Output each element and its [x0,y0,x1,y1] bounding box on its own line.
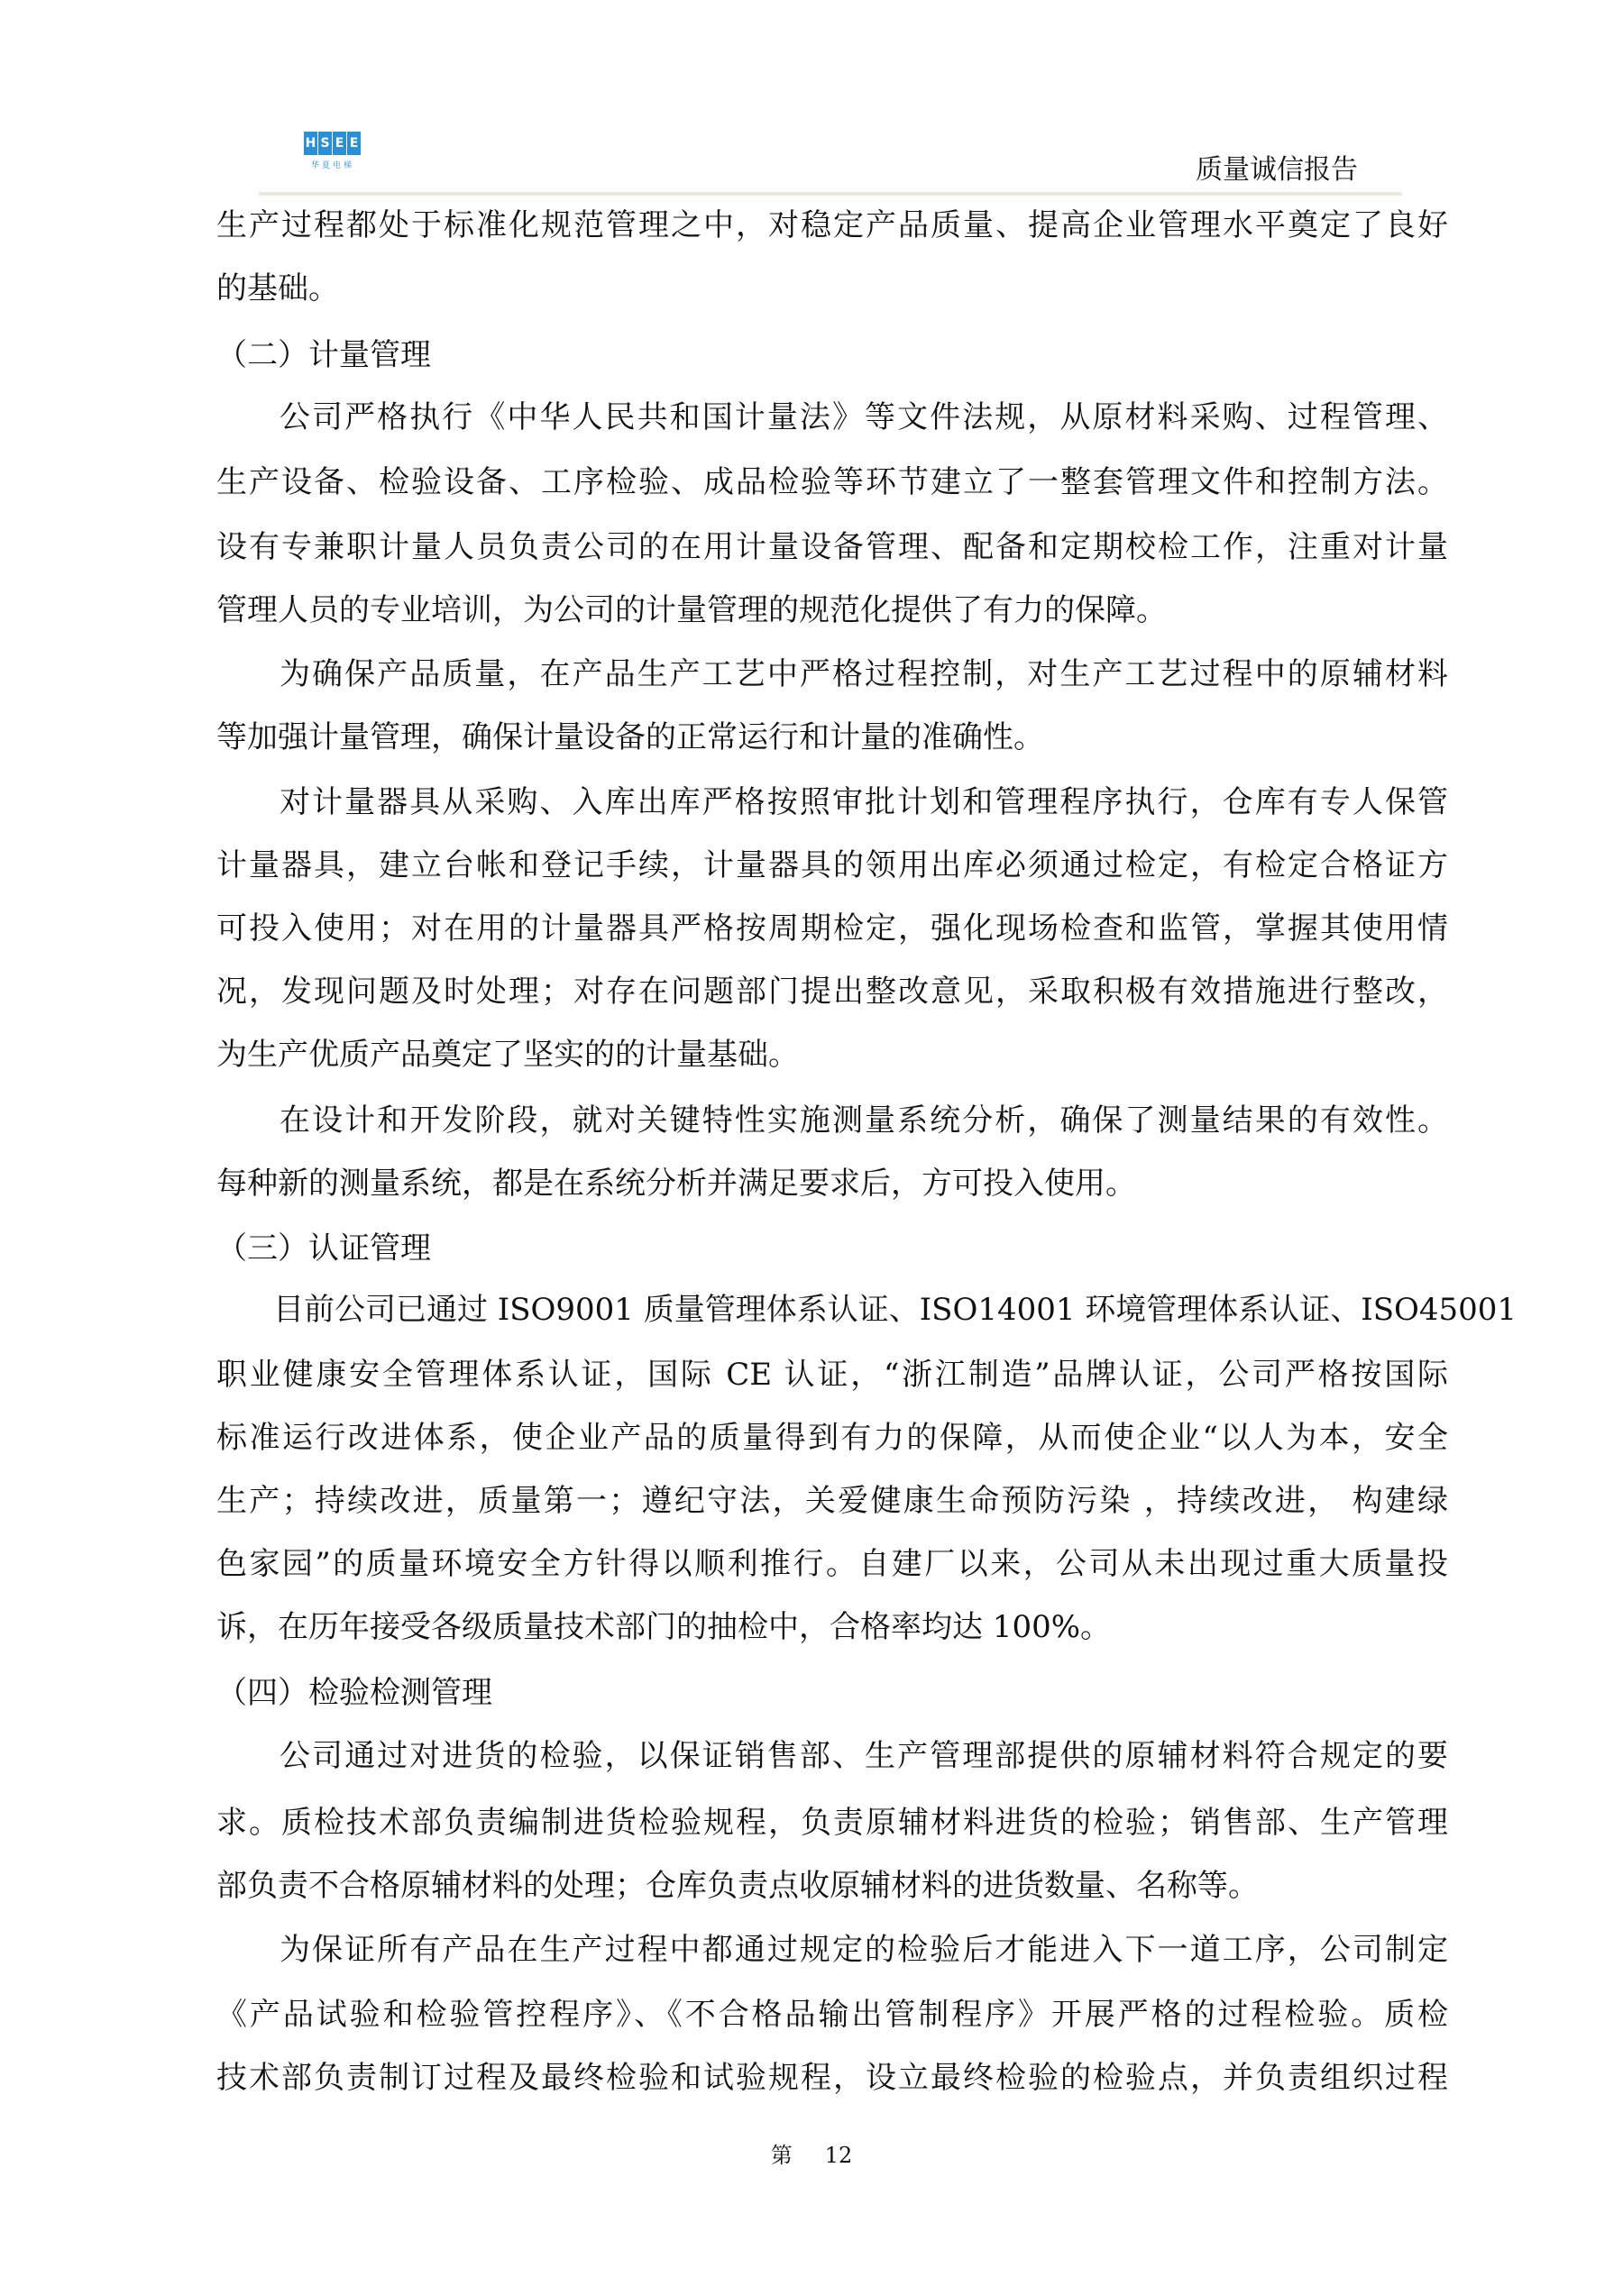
text-line: 目前公司已通过 ISO9001 质量管理体系认证、ISO14001 环境管理体系… [273,1292,1448,1328]
text-line: 《产品试验和检验管控程序》、《不合格品输出管制程序》开展严格的过程检验。质检 [216,1997,1448,2033]
text-line: 职业健康安全管理体系认证，国际 CE 认证，“浙江制造”品牌认证，公司严格按国际 [216,1357,1448,1393]
text-line: 为生产优质产品奠定了坚实的的计量基础。 [216,1037,1448,1073]
section-heading: （四）检验检测管理 [216,1675,1448,1711]
text-line: 管理人员的专业培训，为公司的计量管理的规范化提供了有力的保障。 [216,592,1448,628]
text-line: 为保证所有产品在生产过程中都通过规定的检验后才能进入下一道工序，公司制定 [280,1932,1448,1968]
text-line: 对计量器具从采购、入库出库严格按照审批计划和管理程序执行，仓库有专人保管 [280,784,1448,820]
logo-letter-e1: E [333,132,346,155]
text-line: 等加强计量管理，确保计量设备的正常运行和计量的准确性。 [216,719,1448,755]
page-number: 12 [825,2142,853,2169]
text-line: 况，发现问题及时处理；对存在问题部门提出整改意见，采取积极有效措施进行整改， [216,974,1448,1010]
logo-letter-boxes: H S E E [304,132,362,155]
text-line: 每种新的测量系统，都是在系统分析并满足要求后，方可投入使用。 [216,1166,1448,1202]
report-title: 质量诚信报告 [1196,155,1358,186]
logo-letter-s: S [318,132,332,155]
text-line: 标准运行改进体系，使企业产品的质量得到有力的保障，从而使企业“以人为本，安全 [216,1420,1448,1456]
text-line: 可投入使用；对在用的计量器具严格按周期检定，强化现场检查和监管，掌握其使用情 [216,910,1448,947]
text-line: 设有专兼职计量人员负责公司的在用计量设备管理、配备和定期校检工作，注重对计量 [216,529,1448,565]
text-line: 生产；持续改进，质量第一；遵纪守法，关爱健康生命预防污染 ，持续改进， 构建绿 [216,1483,1448,1519]
text-line: 公司通过对进货的检验，以保证销售部、生产管理部提供的原辅材料符合规定的要 [280,1738,1448,1774]
text-line: 为确保产品质量，在产品生产工艺中严格过程控制，对生产工艺过程中的原辅材料 [280,656,1448,692]
section-heading: （三）认证管理 [216,1230,1448,1267]
text-line: 生产设备、检验设备、工序检验、成品检验等环节建立了一整套管理文件和控制方法。 [216,464,1448,500]
company-logo: H S E E 华夏电梯 [304,132,362,170]
text-line: 部负责不合格原辅材料的处理；仓库负责点收原辅材料的进货数量、名称等。 [216,1868,1448,1904]
header-divider [259,192,1402,196]
page-footer: 第12 [0,2142,1623,2169]
text-line: 公司严格执行《中华人民共和国计量法》等文件法规，从原材料采购、过程管理、 [280,399,1448,435]
text-line: 色家园”的质量环境安全方针得以顺利推行。自建厂以来，公司从未出现过重大质量投 [216,1546,1448,1582]
text-line: 的基础。 [216,270,1448,306]
text-line: 求。质检技术部负责编制进货检验规程，负责原辅材料进货的检验；销售部、生产管理 [216,1805,1448,1841]
page-prefix: 第 [771,2142,793,2169]
logo-letter-e2: E [347,132,361,155]
text-line: 诉，在历年接受各级质量技术部门的抽检中，合格率均达 100%。 [216,1609,1448,1645]
text-line: 技术部负责制订过程及最终检验和试验规程，设立最终检验的检验点，并负责组织过程 [216,2060,1448,2096]
logo-subtitle: 华夏电梯 [304,159,362,170]
logo-letter-h: H [304,132,317,155]
text-line: 计量器具，建立台帐和登记手续，计量器具的领用出库必须通过检定，有检定合格证方 [216,847,1448,883]
section-heading: （二）计量管理 [216,337,1448,373]
text-line: 在设计和开发阶段，就对关键特性实施测量系统分析，确保了测量结果的有效性。 [280,1102,1448,1139]
text-line: 生产过程都处于标准化规范管理之中，对稳定产品质量、提高企业管理水平奠定了良好 [216,207,1448,243]
